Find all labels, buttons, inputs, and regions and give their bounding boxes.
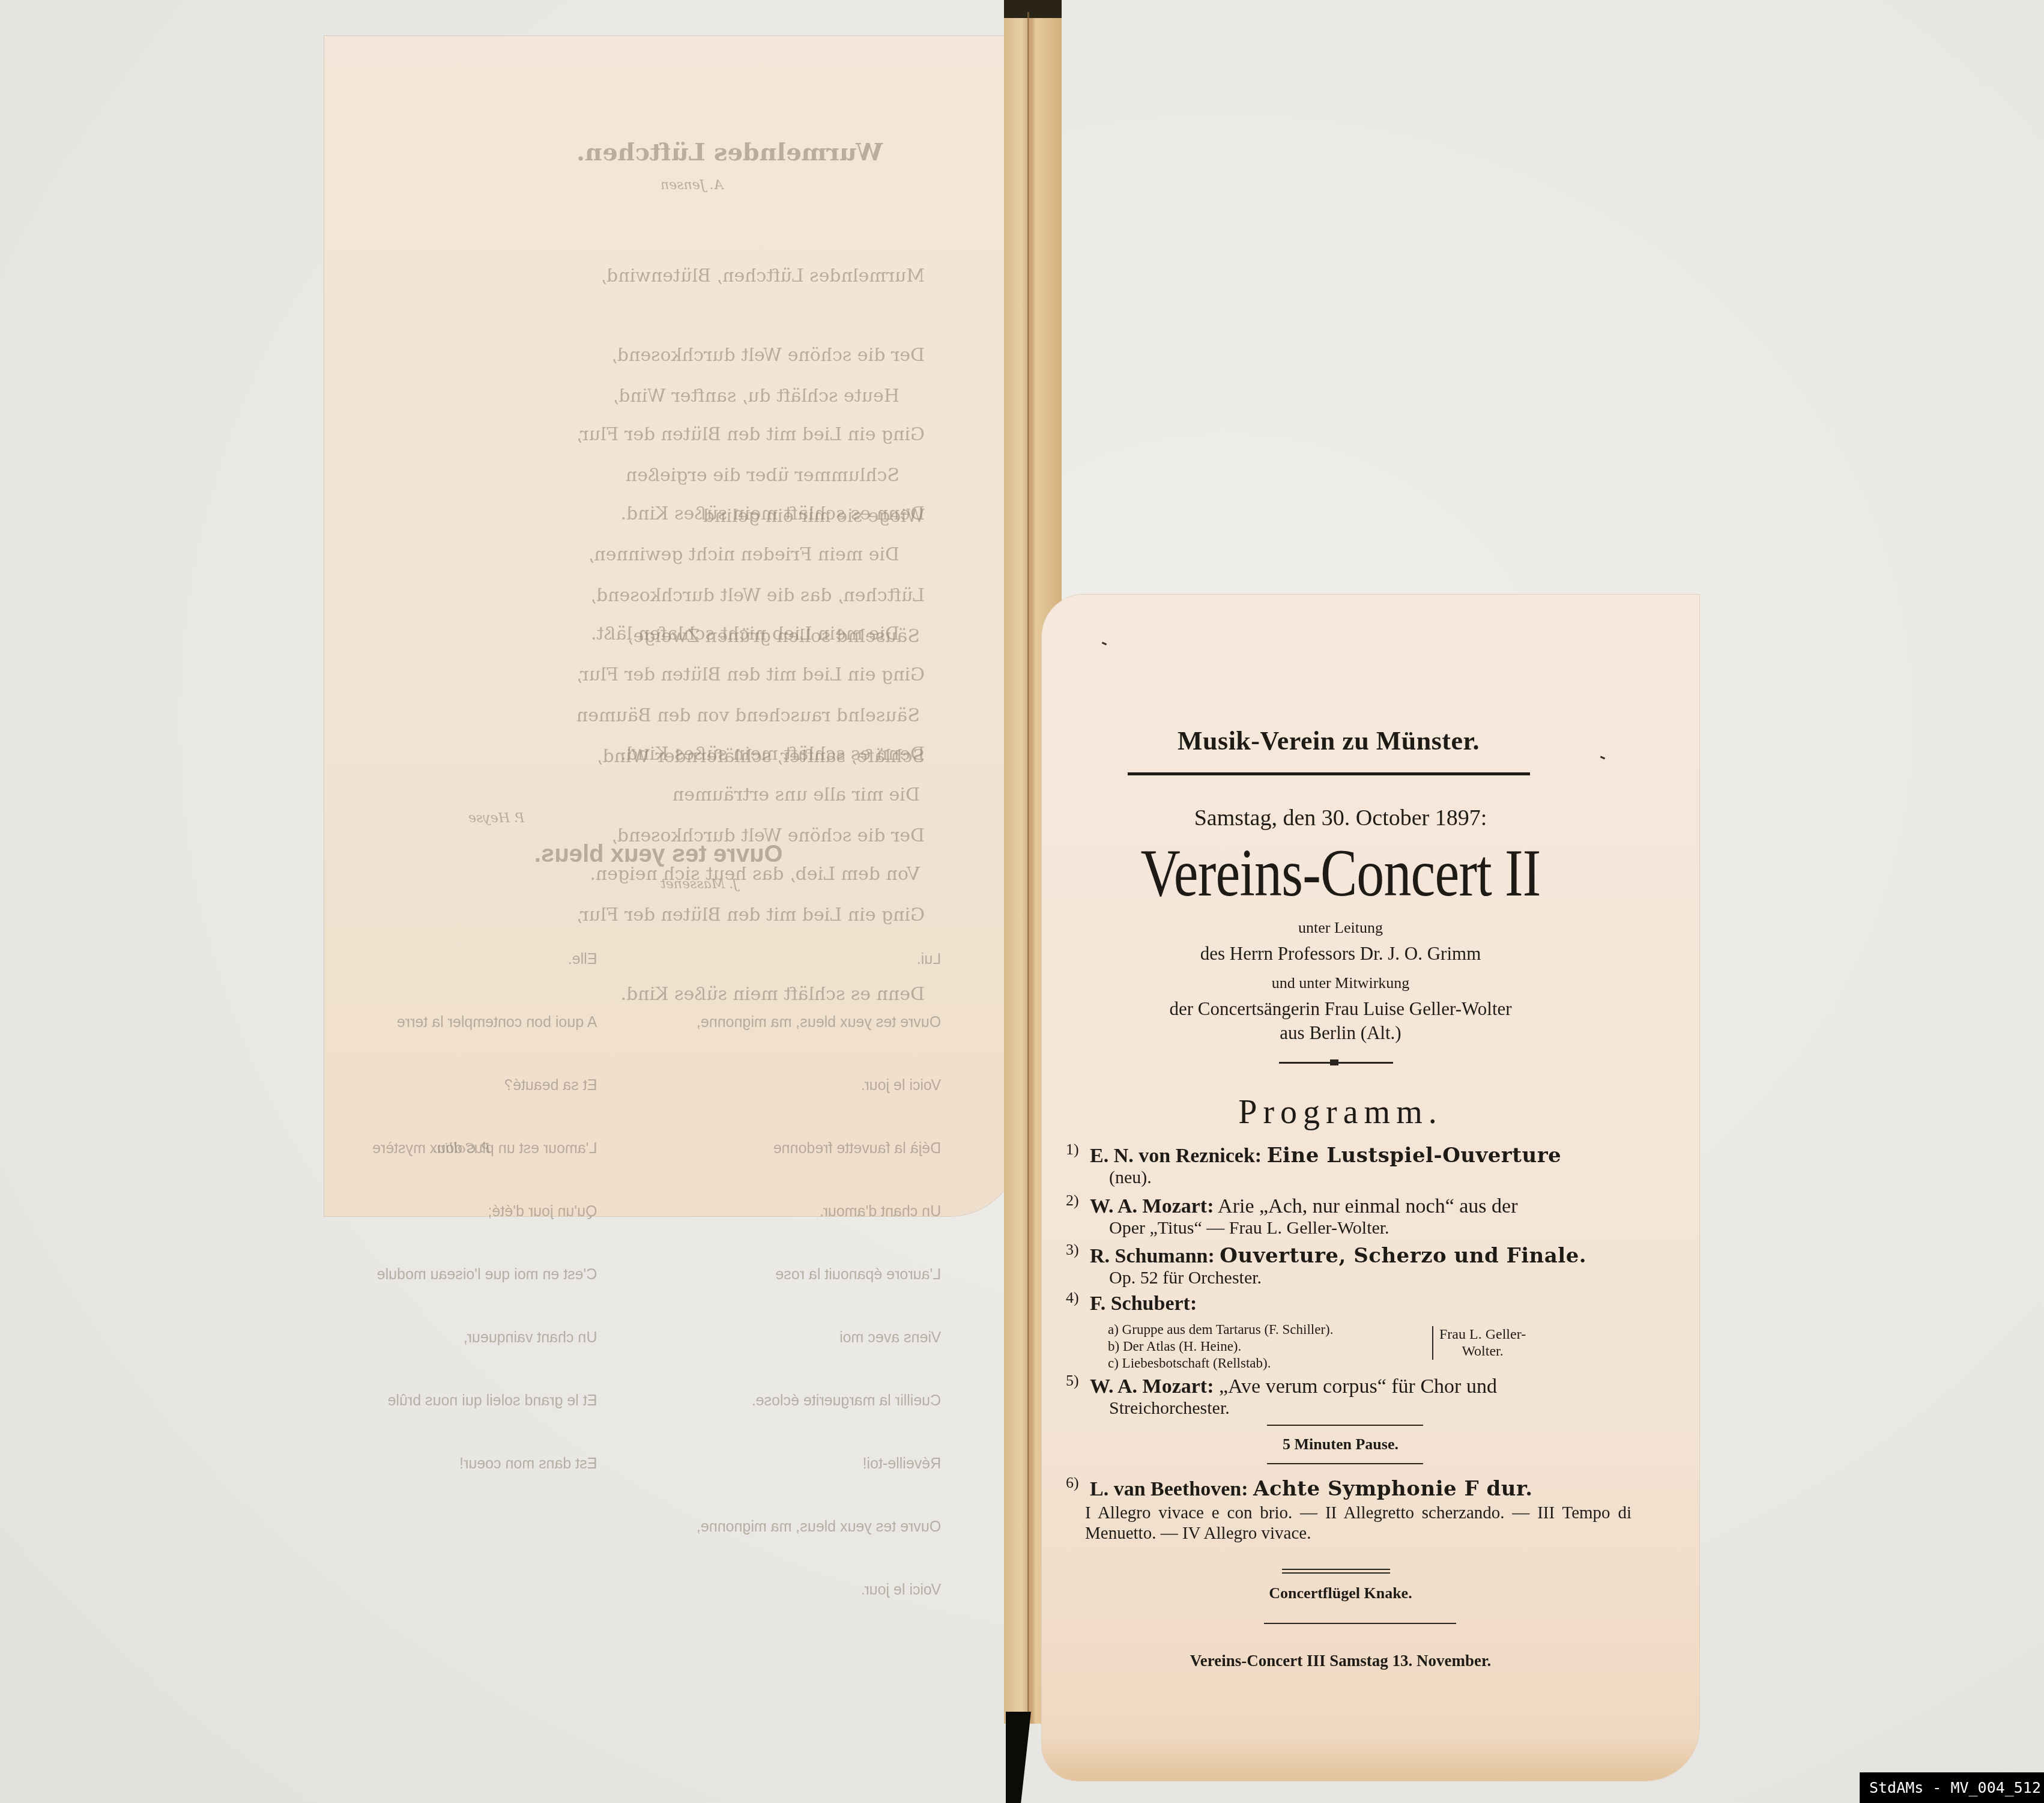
- verse-line: Lui.: [697, 949, 941, 970]
- composer: W. A. Mozart:: [1090, 1375, 1214, 1398]
- work-detail: (neu).: [1066, 1168, 1666, 1188]
- ghost-poem1-author: A. Jensen: [661, 178, 723, 193]
- schubert-song-list: a) Gruppe aus dem Tartarus (F. Schiller)…: [1108, 1321, 1334, 1372]
- work: „Ave verum corpus“ für Chor und: [1219, 1375, 1497, 1398]
- item-number: 4): [1066, 1289, 1079, 1307]
- performer-line: Wolter.: [1439, 1343, 1526, 1360]
- divider-before-pause: [1267, 1425, 1423, 1426]
- verse-line: A quoi bon contempler la terre: [372, 1012, 597, 1033]
- intermission: 5 Minuten Pause.: [1012, 1435, 1669, 1453]
- song-item: c) Liebesbotschaft (Rellstab).: [1108, 1355, 1334, 1372]
- ornament-divider-center: [1330, 1059, 1338, 1065]
- soloist-origin: aus Berlin (Alt.): [1012, 1022, 1669, 1044]
- archive-id-label: StdAMs - MV_004_512: [1860, 1772, 2044, 1803]
- programme-item-4: 4) F. Schubert:: [1066, 1292, 1666, 1315]
- composer: E. N. von Reznicek:: [1090, 1145, 1262, 1167]
- verse-line: Viens avec moi: [697, 1327, 941, 1348]
- work-detail: Op. 52 für Orchester.: [1066, 1268, 1666, 1288]
- left-page-verso: Wurmelndes Lüftchen. A. Jensen Murmelnde…: [324, 36, 1021, 1216]
- conductor: des Herrn Professors Dr. J. O. Grimm: [1012, 943, 1669, 965]
- participation-intro: und unter Mitwirkung: [1012, 974, 1669, 992]
- songs-performer: Frau L. Geller- Wolter.: [1432, 1326, 1526, 1360]
- verse-line: Wiege sie mir ein gelind: [576, 503, 925, 530]
- item-number: 1): [1066, 1141, 1079, 1159]
- right-page-concert-programme: Musik-Verein zu Münster. Samstag, den 30…: [1042, 595, 1699, 1781]
- verse-line: Ouvre tes yeux bleus, ma mignonne,: [697, 1012, 941, 1033]
- composer: R. Schumann:: [1090, 1245, 1215, 1267]
- verse-line: Déjà la fauvette fredonne: [697, 1138, 941, 1159]
- song-item: a) Gruppe aus dem Tartarus (F. Schiller)…: [1108, 1321, 1334, 1338]
- concert-title: Vereins-Concert II: [1071, 835, 1610, 912]
- song-item: b) Der Atlas (H. Heine).: [1108, 1338, 1334, 1355]
- soloist: der Concertsängerin Frau Luise Geller-Wo…: [1012, 998, 1669, 1020]
- verse-line: Et sa beauté?: [372, 1075, 597, 1096]
- performer-line: Frau L. Geller-: [1439, 1326, 1526, 1343]
- verse-line: Est dans mon coeur!: [372, 1453, 597, 1474]
- item-number: 6): [1066, 1474, 1079, 1492]
- verse-line: Qu'un jour d'été;: [372, 1201, 597, 1222]
- society-name: Musik-Verein zu Münster.: [1000, 726, 1657, 756]
- double-rule-top: [1282, 1569, 1390, 1570]
- ghost-poem1-signature: P. Heyse: [468, 811, 524, 826]
- ghost-poem2-signature: P. Collin.: [432, 1141, 491, 1156]
- work: Arie „Ach, nur einmal noch“ aus der: [1218, 1195, 1517, 1217]
- paper-speck: [1102, 641, 1107, 645]
- work: Achte Symphonie F dur.: [1253, 1477, 1533, 1501]
- work: Eine Lustspiel-Ouverture: [1267, 1144, 1562, 1168]
- ghost-poem1-title: Wurmelndes Lüftchen.: [576, 138, 883, 166]
- composer: L. van Beethoven:: [1090, 1478, 1248, 1500]
- divider-after-pause: [1267, 1463, 1423, 1464]
- direction-intro: unter Leitung: [1012, 919, 1669, 937]
- gutter-crease: [1027, 12, 1029, 1730]
- verse-line: Voici le jour.: [697, 1075, 941, 1096]
- verse-line: Un chant vainqueur,: [372, 1327, 597, 1348]
- programme-heading: Programm.: [1012, 1093, 1669, 1132]
- programme-item-1: 1) E. N. von Reznicek: Eine Lustspiel-Ou…: [1066, 1144, 1666, 1188]
- programme-item-6: 6) L. van Beethoven: Achte Symphonie F d…: [1066, 1477, 1666, 1501]
- verse-line: Schläfe, sanfter, schläfernder Wind,: [576, 744, 925, 770]
- double-rule-bottom: [1282, 1572, 1390, 1574]
- verse-line: Voici le jour.: [697, 1580, 941, 1601]
- next-concert-notice: Vereins-Concert III Samstag 13. November…: [1012, 1652, 1669, 1670]
- work-detail: Oper „Titus“ — Frau L. Geller-Wolter.: [1066, 1218, 1666, 1238]
- verse-line: Heute schläft du, sanfter Wind,: [588, 383, 900, 410]
- verse-line: Cueillir la marguerite éclose.: [697, 1390, 941, 1411]
- work-detail: Streichorchester.: [1066, 1398, 1666, 1419]
- verse-line: Réveille-toi!: [697, 1453, 941, 1474]
- ornament-divider-bottom: [1264, 1623, 1456, 1624]
- programme-item-3: 3) R. Schumann: Ouverture, Scherzo und F…: [1066, 1244, 1666, 1288]
- verse-line: Säuselnd sollen grünen Zweige,: [576, 623, 920, 650]
- ghost-poem2-author: J. Massenet: [661, 877, 737, 892]
- composer: F. Schubert:: [1090, 1292, 1197, 1315]
- verse-line: L'aurore épanouit la rose: [697, 1264, 941, 1285]
- work: Ouverture, Scherzo und Finale.: [1220, 1244, 1586, 1268]
- ghost-poem2-col-elle: Elle. A quoi bon contempler la terre Et …: [372, 907, 597, 1517]
- programme-item-5: 5) W. A. Mozart: „Ave verum corpus“ für …: [1066, 1375, 1666, 1419]
- concert-date: Samstag, den 30. October 1897:: [1012, 805, 1669, 831]
- verse-line: Ouvre tes yeux bleus, ma mignonne,: [697, 1517, 941, 1538]
- verse-line: Un chant d'amour.: [697, 1201, 941, 1222]
- ghost-poem2-col-lui: Lui. Ouvre tes yeux bleus, ma mignonne, …: [697, 907, 941, 1643]
- ghost-poem2-title: Ouvre tes yeux bleus.: [534, 841, 783, 868]
- item-number: 5): [1066, 1372, 1079, 1390]
- verse-line: Et le grand soleil qui nous brûle: [372, 1390, 597, 1411]
- society-underline: [1128, 772, 1530, 775]
- paper-speck: [1600, 756, 1606, 759]
- symphony-movements: I Allegro vivace e con brio. — II Allegr…: [1085, 1503, 1631, 1544]
- verse-line: C'est en moi que l'oiseau module: [372, 1264, 597, 1285]
- composer: W. A. Mozart:: [1090, 1195, 1214, 1217]
- programme-item-2: 2) W. A. Mozart: Arie „Ach, nur einmal n…: [1066, 1195, 1666, 1238]
- item-number: 2): [1066, 1192, 1079, 1210]
- verse-line: Elle.: [372, 949, 597, 970]
- verse-line: Murmelndes Lüftchen, Blütenwind,: [576, 263, 925, 289]
- piano-note: Concertflügel Knake.: [1012, 1584, 1669, 1602]
- item-number: 3): [1066, 1241, 1079, 1259]
